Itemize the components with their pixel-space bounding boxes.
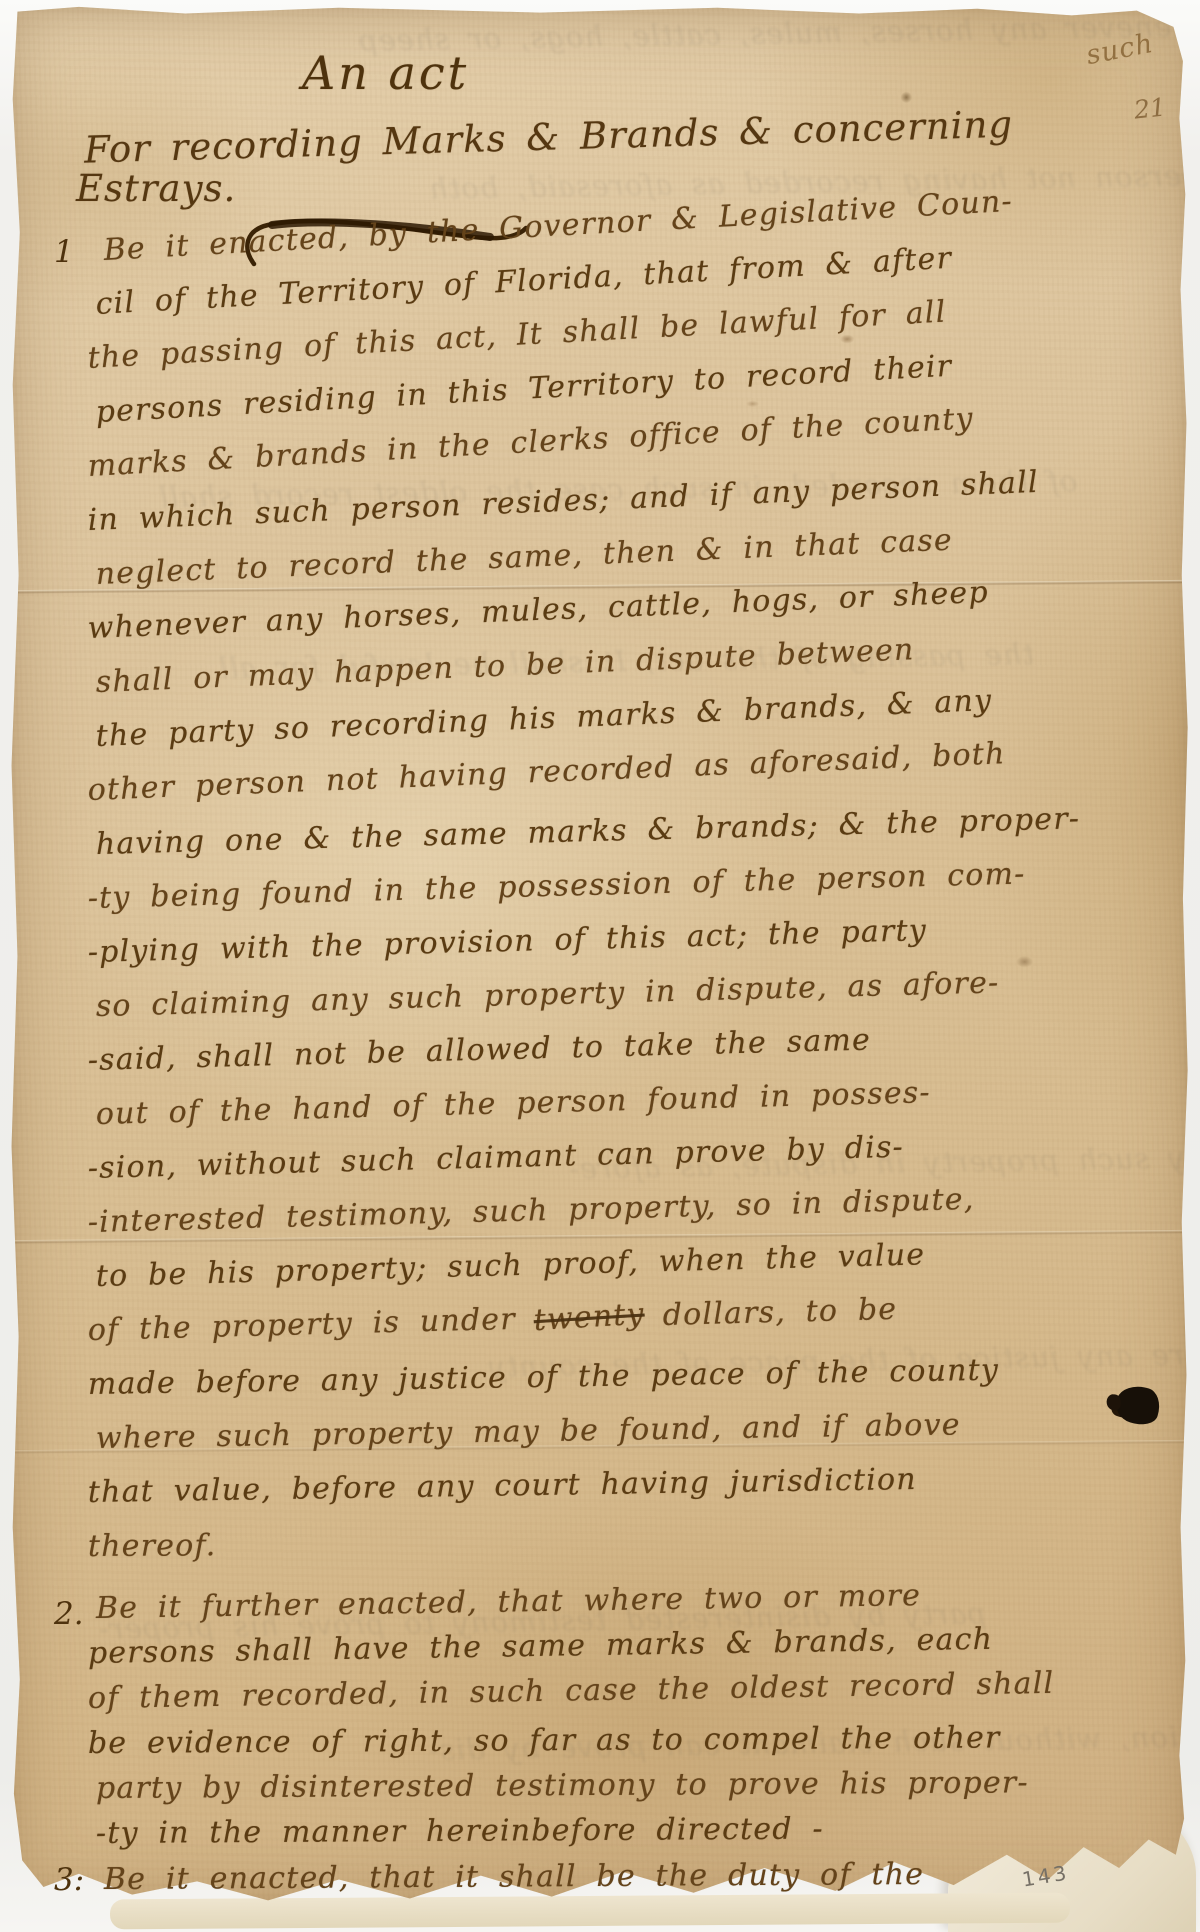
section-2: 2. Be it further enacted, that where two… [88, 1586, 1130, 1856]
strike-pre-text: of the property is under [87, 1302, 516, 1348]
manuscript-line: Be it enacted, that it shall be the duty… [104, 1852, 1130, 1902]
manuscript-text: An act For recording Marks & Brands & co… [50, 46, 1130, 1902]
section-number: 3: [54, 1862, 84, 1898]
section-1: 1 Be it enacted, by the Governor & Legis… [88, 224, 1130, 1574]
manuscript-line: -ty in the manner hereinbefore directed … [96, 1805, 1130, 1856]
struck-word: twenty [532, 1288, 646, 1349]
act-title: An act [302, 46, 1130, 100]
manuscript-line: thereof. [88, 1514, 1130, 1574]
strike-post-text: dollars, to be [662, 1292, 897, 1333]
manuscript-line: party by disinterested testimony to prov… [96, 1760, 1130, 1811]
section-number: 2. [54, 1596, 84, 1632]
manuscript-line: be evidence of right, so far as to compe… [88, 1715, 1130, 1766]
act-subtitle-line: For recording Marks & Brands & concernin… [84, 99, 1131, 171]
docket-number-annotation: 21 [1133, 92, 1168, 124]
section-number: 1 [54, 234, 74, 270]
section-3: 3: Be it enacted, that it shall be the d… [88, 1858, 1130, 1902]
